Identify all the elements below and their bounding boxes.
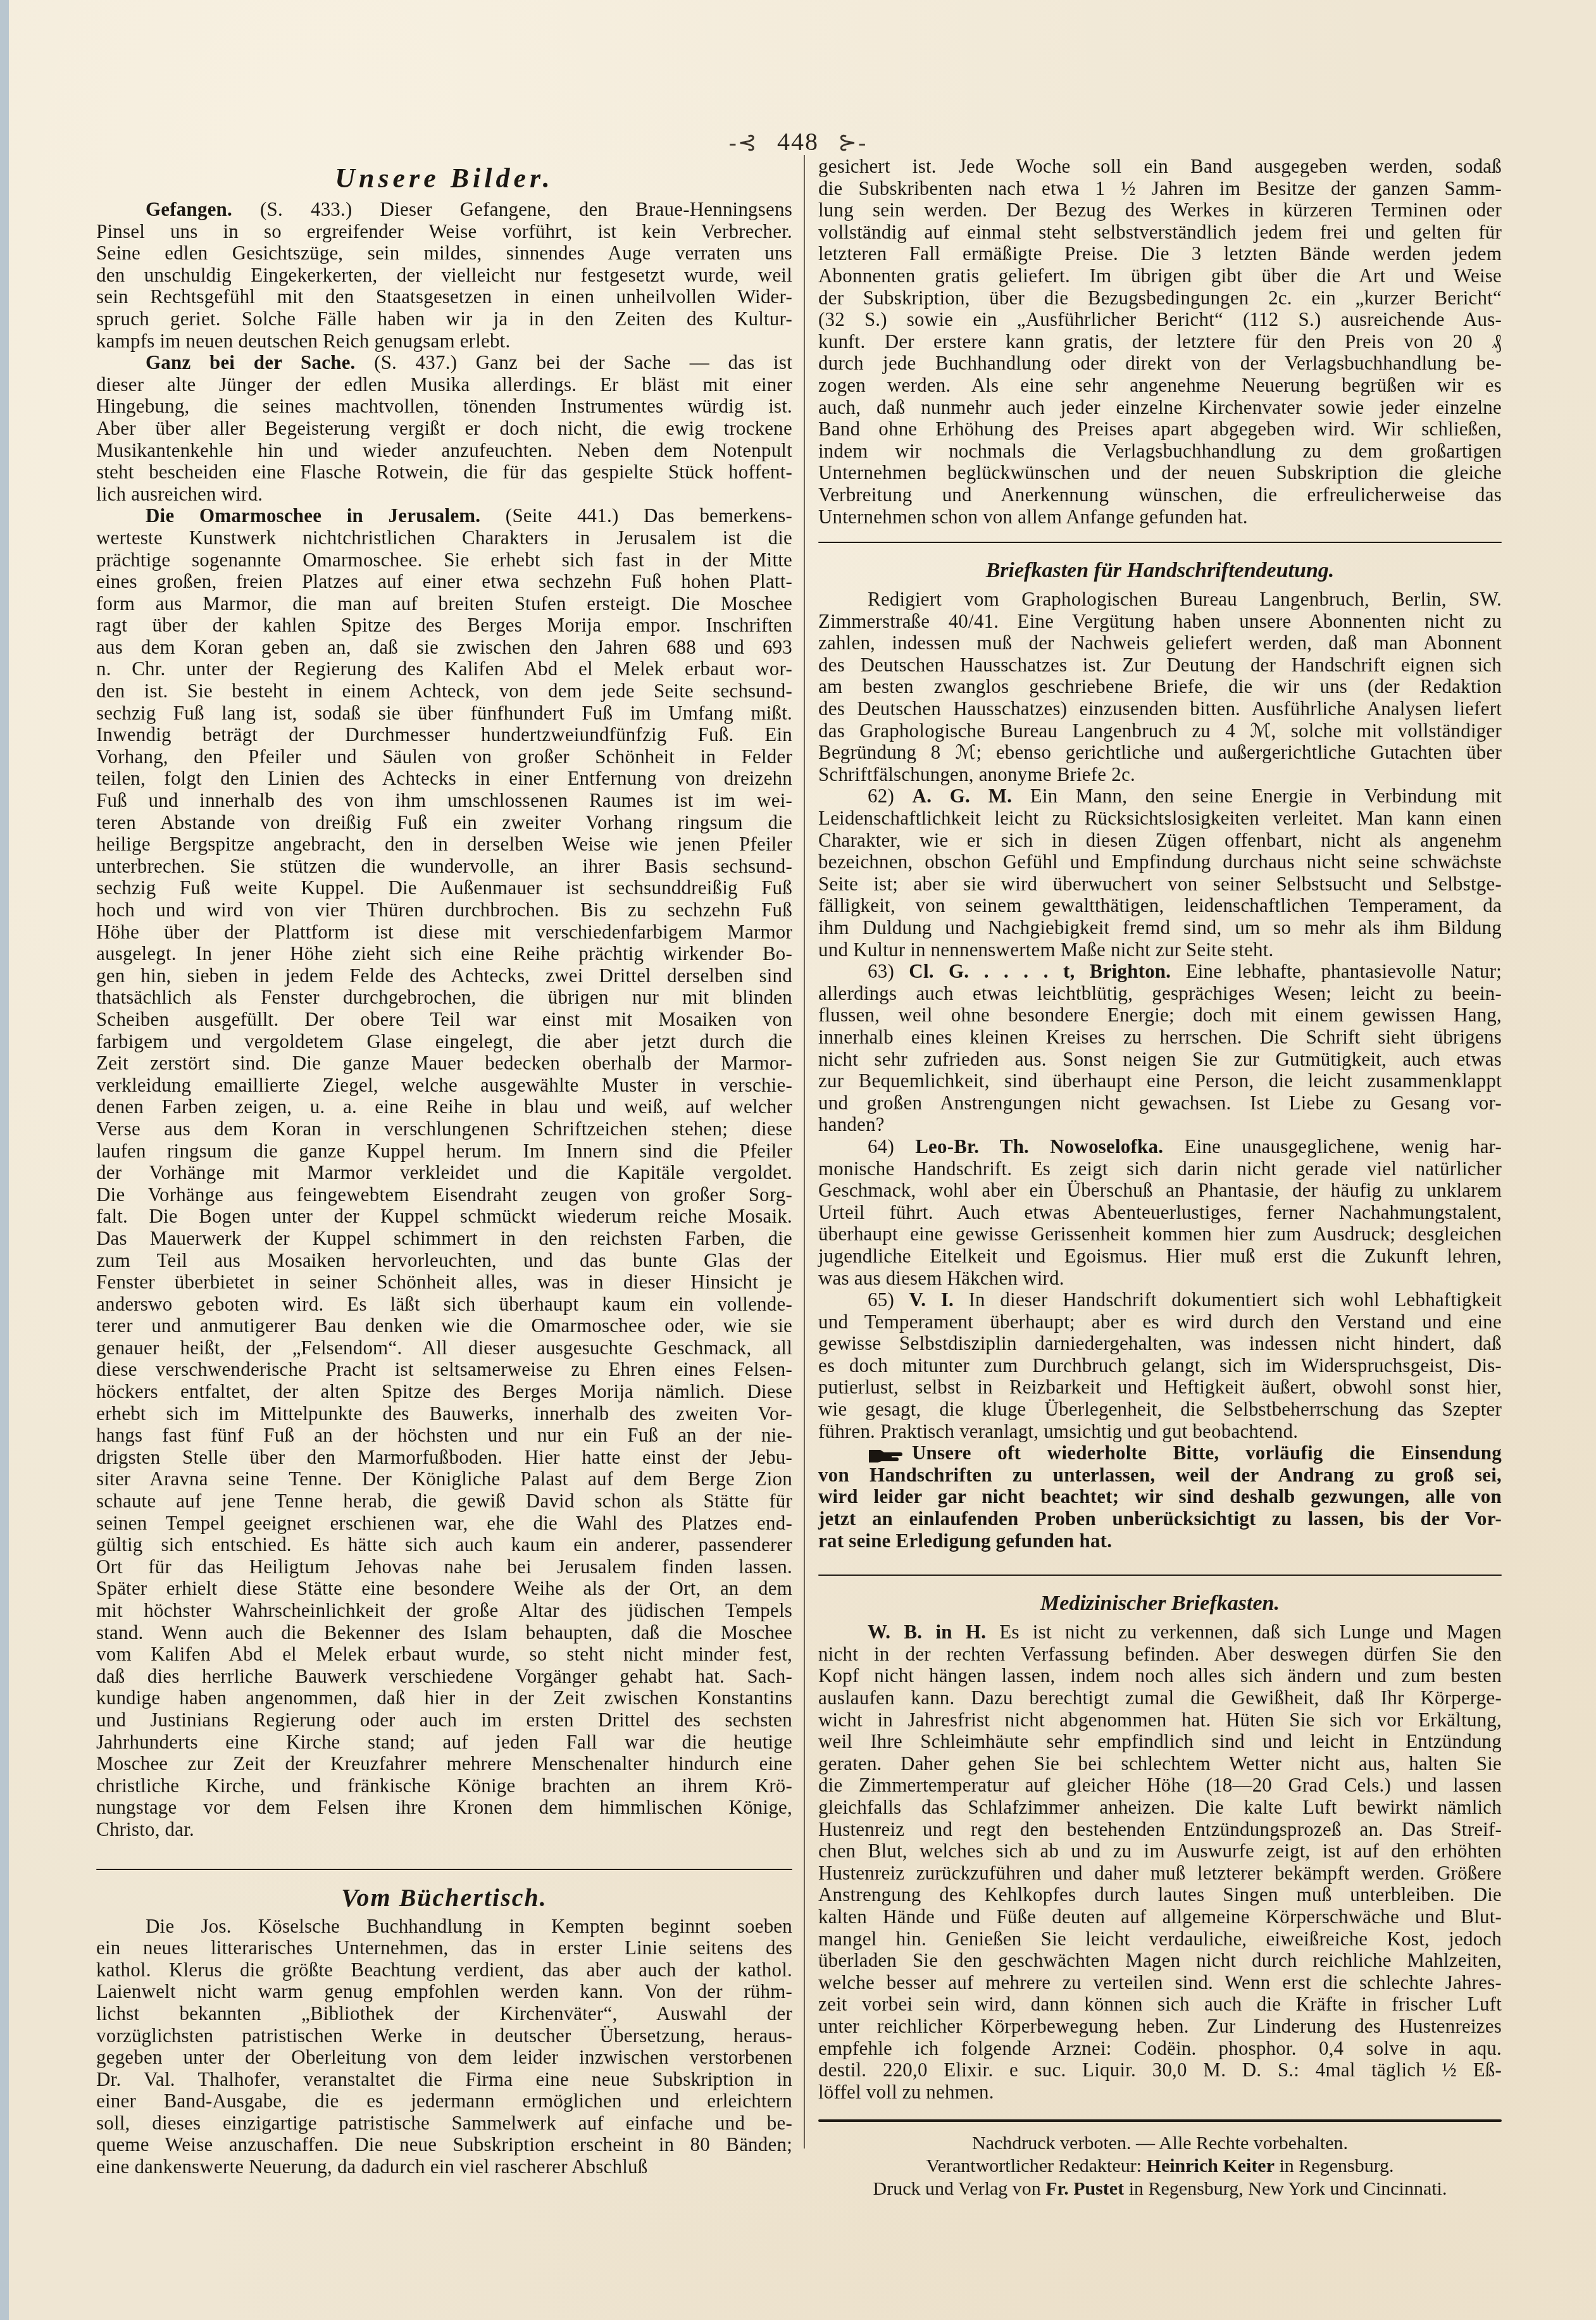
text-line: kundige haben angenommen, daß hier in de… (96, 1687, 792, 1709)
text-line: von Handschriften zu unterlassen, weil d… (818, 1464, 1502, 1487)
editor-name: Heinrich Keiter (1147, 2155, 1275, 2176)
text-line: Vorhang, den Pfeiler und Säulen von groß… (96, 746, 792, 768)
text-line: kalten Hände und Füße deuten auf allgeme… (818, 1906, 1502, 1928)
text-line: und Justinians Regierung oder auch im er… (96, 1709, 792, 1731)
text-line: Fuß und innerhalb des von ihm umschlosse… (96, 790, 792, 812)
line-text: steht bescheiden eine Flasche Rotwein, d… (96, 461, 792, 483)
line-text: gen hin, sieben in jedem Felde des Achte… (96, 964, 792, 987)
page-header: -⊰ 448 ⊱- (0, 127, 1596, 156)
line-text: hoch und wird von vier Thüren durchbroch… (96, 899, 792, 921)
text-line: gegeben unter der Oberleitung von dem le… (96, 2047, 792, 2069)
article-page-ref: (Seite 441.) (506, 504, 644, 527)
text-line: gesichert ist. Jede Woche soll ein Band … (818, 156, 1502, 178)
text-line: Höhe über der Plattform ist diese mit ve… (96, 921, 792, 944)
section-rule (818, 1575, 1502, 1576)
line-text: schaute auf jene Tenne herab, die gewiß … (96, 1490, 792, 1512)
line-text: chen Blut, welches sich ab und zu im Aus… (818, 1840, 1502, 1862)
line-text: geraten. Daher gehen Sie bei schlechtem … (818, 1752, 1502, 1774)
line-text: Seite ist; aber sie wird überwuchert von… (818, 873, 1502, 895)
section-rule (96, 1869, 792, 1870)
text-line: Scheiben ausgefüllt. Der obere Teil war … (96, 1009, 792, 1031)
publisher-prefix: Druck und Verlag von (873, 2178, 1041, 2199)
text-line: jetzt an einlaufenden Proben unberücksic… (818, 1508, 1502, 1530)
editor-suffix: in Regensburg. (1280, 2155, 1394, 2176)
line-text: jetzt an einlaufenden Proben unberücksic… (818, 1507, 1502, 1530)
line-text: der Subskription, über die Bezugsbedingu… (818, 287, 1502, 309)
line-text: Verse aus dem Koran in verschlungenen Sc… (96, 1118, 792, 1140)
text-line: form aus Marmor, die man auf breiten Stu… (96, 593, 792, 615)
line-text: Begründung 8 ℳ; ebenso gerichtliche und … (818, 741, 1502, 763)
text-line: destil. 220,0 Elixir. e suc. Liquir. 30,… (818, 2059, 1502, 2081)
handwriting-entry: 62) A. G. M. Ein Mann, den seine Energie… (818, 785, 1502, 961)
text-line: drigsten Stelle über den Marmorfußboden.… (96, 1447, 792, 1469)
text-line: spruch geriet. Solche Fälle haben wir ja… (96, 308, 792, 330)
text-line: unter reichlicher Körperbewegung heben. … (818, 2016, 1502, 2038)
text-line: Seine edlen Gesichtszüge, sein mildes, s… (96, 242, 792, 265)
line-text: Urteil führt. Auch etwas Abenteuerlustig… (818, 1201, 1502, 1223)
line-text: (32 S.) sowie ein „Ausführlicher Bericht… (818, 308, 1502, 330)
article-title: Gefangen. (146, 198, 260, 220)
line-text: die Subskribenten nach etwa 1 ½ Jahren i… (818, 177, 1502, 199)
text-line: mit höchster Wahrscheinlichkeit der groß… (96, 1600, 792, 1622)
text-line: werteste Kunstwerk nichtchristlichen Cha… (96, 527, 792, 549)
line-text: Jahrhunderts eine Kirche stand; auf jede… (96, 1731, 792, 1753)
line-text: rat seine Erledigung gefunden hat. (818, 1530, 1112, 1552)
text-line: Die Jos. Köselsche Buchhandlung in Kempt… (96, 1916, 792, 1938)
line-text: des Deutschen Hausschatzes ist. Zur Deut… (818, 654, 1502, 676)
line-text: Fuß und innerhalb des von ihm umschlosse… (96, 789, 792, 811)
text-line: überladen Sie den geschwächten Magen nic… (818, 1950, 1502, 1972)
line-text: und großen Anstrengungen nicht gewachsen… (818, 1092, 1502, 1114)
text-line: Anstrengung des Kehlkopfes durch lautes … (818, 1884, 1502, 1906)
footer-rights: Nachdruck verboten. — Alle Rechte vorbeh… (818, 2132, 1502, 2155)
publisher-suffix: in Regensburg, New York und Cincinnati. (1129, 2178, 1447, 2199)
text-line: teilen, folgt den Linien des Achtecks in… (96, 768, 792, 790)
line-text: auch, daß nunmehr auch jeder einzelne Ki… (818, 396, 1502, 418)
line-text: stand. Wenn auch die Bekenner des Islam … (96, 1621, 792, 1643)
text-line: hoch und wird von vier Thüren durchbroch… (96, 899, 792, 921)
line-text: lichst bekannten „Bibliothek der Kirchen… (96, 2002, 792, 2024)
line-text: Ein Mann, den seine Energie in Verbindun… (1030, 785, 1502, 807)
line-text: Scheiben ausgefüllt. Der obere Teil war … (96, 1008, 792, 1030)
text-line: nicht sehr zufrieden aus. Sonst neigen S… (818, 1049, 1502, 1071)
text-line: stand. Wenn auch die Bekenner des Islam … (96, 1622, 792, 1644)
line-text: zogen werden. Als eine sehr angenehme Ne… (818, 374, 1502, 396)
text-line: Redigiert vom Graphologischen Bureau Lan… (818, 589, 1502, 611)
text-line: und großen Anstrengungen nicht gewachsen… (818, 1092, 1502, 1114)
entry-number: 64) (868, 1135, 915, 1157)
line-text: kalten Hände und Füße deuten auf allgeme… (818, 1905, 1502, 1928)
text-line: Urteil führt. Auch etwas Abenteuerlustig… (818, 1202, 1502, 1224)
line-text: unter reichlicher Körperbewegung heben. … (818, 2015, 1502, 2037)
line-text: welche besser auf mehrere zu verteilen s… (818, 1971, 1502, 1993)
line-text: Hustenreiz zurückzuführen und daher muß … (818, 1862, 1502, 1884)
text-line: Später erhielt diese Stätte eine besonde… (96, 1578, 792, 1600)
line-text: monische Handschrift. Es zeigt sich dari… (818, 1157, 1502, 1180)
text-line: Ganz bei der Sache. (S. 437.) Ganz bei d… (96, 352, 792, 374)
line-text: verkleidung emaillierte Ziegel, welche a… (96, 1074, 792, 1096)
text-line: jugendliche Eitelkeit und Egoismus. Hier… (818, 1245, 1502, 1268)
text-line: sechzig Fuß lang ist, sodaß sie über fün… (96, 702, 792, 725)
entry-name: Leo-Br. Th. Nowoselofka. (915, 1135, 1184, 1157)
text-line: hangs fast fünf Fuß an der höchsten und … (96, 1425, 792, 1447)
handwriting-entry: 65) V. I. In dieser Handschrift dokument… (818, 1289, 1502, 1442)
line-text: teren Abstande von dreißig Fuß ein zweit… (96, 811, 792, 833)
editor-prefix: Verantwortlicher Redakteur: (926, 2155, 1142, 2176)
text-line: Laienwelt nicht warm genug empfohlen wer… (96, 1981, 792, 2003)
line-text: Eine unausgeglichene, wenig har- (1184, 1135, 1502, 1157)
text-line: Seite ist; aber sie wird überwuchert von… (818, 873, 1502, 895)
line-text: Zeit zerstört sind. Die ganze Mauer bede… (96, 1052, 792, 1074)
text-line: Leidenschaftlichkeit leicht zu Rücksicht… (818, 808, 1502, 830)
line-text: es doch mitunter zum Durchbruch gelangt,… (818, 1354, 1502, 1376)
section-title-buechertisch: Vom Büchertisch. (96, 1880, 792, 1916)
handwriting-entry: 64) Leo-Br. Th. Nowoselofka. Eine unausg… (818, 1136, 1502, 1289)
entry-name: V. I. (909, 1288, 969, 1311)
text-line: einer Band-Ausgabe, die es jedermann erm… (96, 2090, 792, 2112)
line-text: falt. Die Bogen unter der Kuppel schmück… (96, 1205, 792, 1227)
footer-editor: Verantwortlicher Redakteur: Heinrich Kei… (818, 2155, 1502, 2178)
text-line: seinen Tempel geeignet erschienen war, e… (96, 1512, 792, 1535)
line-text: lung sein werden. Der Bezug des Werkes i… (818, 199, 1502, 221)
text-line: Fenster überbietet in seiner Schönheit a… (96, 1271, 792, 1294)
text-line: Zeit zerstört sind. Die ganze Mauer bede… (96, 1052, 792, 1075)
text-line: geraten. Daher gehen Sie bei schlechtem … (818, 1753, 1502, 1775)
article-title: Ganz bei der Sache. (146, 351, 374, 373)
line-text: kunft. Der erstere kann gratis, der letz… (818, 330, 1502, 352)
line-text: nungstage vor dem Felsen ihre Kronen dem… (96, 1796, 792, 1818)
text-line: des Deutschen Hausschatzes) einzusenden … (818, 698, 1502, 720)
pointing-hand-icon (868, 1447, 906, 1463)
line-text: führen. Praktisch veranlagt, umsichtig u… (818, 1420, 1298, 1442)
text-line: Verse aus dem Koran in verschlungenen Sc… (96, 1118, 792, 1140)
handschrift-entries: 62) A. G. M. Ein Mann, den seine Energie… (818, 785, 1502, 1442)
line-text: zur Bequemlichkeit, sind überhaupt eine … (818, 1070, 1502, 1092)
text-line: lung sein werden. Der Bezug des Werkes i… (818, 199, 1502, 221)
line-text: eines großen, freien Platzes auf einer e… (96, 570, 792, 592)
line-text: Musikantenkehle hin und wieder anzufeuch… (96, 439, 792, 461)
text-line: empfehle ich folgende Arznei: Codëin. ph… (818, 2038, 1502, 2060)
line-text: nicht sehr zufrieden aus. Sonst neigen S… (818, 1048, 1502, 1070)
medizin-text: W. B. in H. Es ist nicht zu verkennen, d… (818, 1621, 1502, 2103)
line-text: Hingebung, die seines machtvollen, tönen… (96, 395, 792, 417)
line-text: siter Aravna seine Tenne. Der Königliche… (96, 1468, 792, 1490)
line-text: das Graphologische Bureau Langenbruch zu… (818, 720, 1502, 742)
text-line: Musikantenkehle hin und wieder anzufeuch… (96, 440, 792, 462)
text-line: teren Abstande von dreißig Fuß ein zweit… (96, 812, 792, 834)
text-line: chen Blut, welches sich ab und zu im Aus… (818, 1840, 1502, 1862)
line-text: und Justinians Regierung oder auch im er… (96, 1709, 792, 1731)
line-text: auslaufen kann. Dazu berechtigt zumal di… (818, 1687, 1502, 1709)
entry-number: 63) (868, 960, 909, 982)
line-text: Fenster überbietet in seiner Schönheit a… (96, 1271, 792, 1293)
text-line: innerhalb eines kleinen Kreises zu herrs… (818, 1026, 1502, 1049)
line-text: durch jede Buchhandlung oder direkt von … (818, 352, 1502, 374)
line-text: anderswo geboten wird. Es läßt sich über… (96, 1293, 792, 1315)
text-line: anderswo geboten wird. Es läßt sich über… (96, 1294, 792, 1316)
line-text: Die Jos. Köselsche Buchhandlung in Kempt… (146, 1915, 792, 1937)
line-text: des Deutschen Hausschatzes) einzusenden … (818, 697, 1502, 720)
text-line: erhebt sich im Mittelpunkte des Bauwerks… (96, 1403, 792, 1425)
line-text: laufen ringsum die ganze Kuppel herum. I… (96, 1140, 792, 1162)
line-text: diese verschwenderische Pracht ist selts… (96, 1358, 792, 1380)
line-text: Die Vorhänge aus feingewebtem Eisendraht… (96, 1183, 792, 1206)
line-text: queme Weise anzuschaffen. Die neue Subsk… (96, 2133, 792, 2155)
line-text: handen? (818, 1113, 885, 1135)
text-line: bezeichnen, obschon Gefühl und Empfindun… (818, 851, 1502, 873)
text-line: rat seine Erledigung gefunden hat. (818, 1530, 1502, 1552)
line-text: gegeben unter der Oberleitung von dem le… (96, 2046, 792, 2068)
text-line: queme Weise anzuschaffen. Die neue Subsk… (96, 2134, 792, 2156)
text-line: Pinsel uns in so ergreifender Weise vorf… (96, 221, 792, 243)
text-line: wicht in Jahresfrist nicht abgenommen ha… (818, 1709, 1502, 1731)
line-text: denen Farben zeigen, u. a. eine Reihe in… (96, 1095, 792, 1118)
footer-rule (818, 2119, 1502, 2122)
text-line: mangel hin. Genießen Sie leicht verdauli… (818, 1928, 1502, 1950)
line-text: vollständig auf einmal steht selbstverst… (818, 221, 1502, 243)
line-text: zeit vorbei sein wird, dann können sich … (818, 1993, 1502, 2015)
text-line: und Temperament überhaupt; aber es wird … (818, 1311, 1502, 1333)
text-line: kathol. Klerus die größte Beachtung verd… (96, 1959, 792, 1981)
page-number: 448 (777, 127, 819, 156)
line-text: wird leider gar nicht beachtet; wir sind… (818, 1485, 1502, 1507)
line-text: Schriftfälschungen, anonyme Briefe 2c. (818, 763, 1135, 785)
text-line: aus dem Koran geben an, daß sie zwischen… (96, 637, 792, 659)
text-line: lich ausreichen wird. (96, 483, 792, 506)
right-column: gesichert ist. Jede Woche soll ein Band … (818, 156, 1502, 2200)
line-text: sechzig Fuß lang ist, sodaß sie über fün… (96, 702, 792, 724)
text-line: vorzüglichsten patristischen Werke in de… (96, 2025, 792, 2047)
line-text: letzteren Fall ermäßigte Preise. Die 3 l… (818, 242, 1502, 265)
text-line: Schriftfälschungen, anonyme Briefe 2c. (818, 764, 1502, 786)
line-text: terer und anmutigerer Bau denken wie die… (96, 1314, 792, 1337)
text-line: zum Teil aus Mosaiken hervorleuchten, un… (96, 1250, 792, 1272)
line-text: weil Ihre Schleimhäute sehr empfindlich … (818, 1730, 1502, 1752)
text-line: falt. Die Bogen unter der Kuppel schmück… (96, 1206, 792, 1228)
line-text: Seine edlen Gesichtszüge, sein mildes, s… (96, 242, 792, 264)
line-text: form aus Marmor, die man auf breiten Stu… (96, 592, 792, 614)
text-line: des Deutschen Hausschatzes ist. Zur Deut… (818, 654, 1502, 677)
article-page-ref: (S. 433.) (260, 198, 380, 220)
line-text: und Temperament überhaupt; aber es wird … (818, 1311, 1502, 1333)
text-line: lichst bekannten „Bibliothek der Kirchen… (96, 2003, 792, 2025)
medical-recipient: W. B. in H. (868, 1621, 999, 1643)
line-text: destil. 220,0 Elixir. e suc. Liquir. 30,… (818, 2059, 1502, 2081)
handschrift-intro: Redigiert vom Graphologischen Bureau Lan… (818, 589, 1502, 785)
text-line: Unternehmen schon von allem Anfange gefu… (818, 506, 1502, 528)
text-line: Das Mauerwerk der Kuppel schimmert in de… (96, 1228, 792, 1250)
line-text: fälligkeit, von seinem gewaltthätigen, l… (818, 894, 1502, 916)
line-text: höckers entfaltet, der alten Spitze des … (96, 1380, 792, 1402)
text-line: schaute auf jene Tenne herab, die gewiß … (96, 1490, 792, 1512)
line-text: Verbreitung und Anerkennung wünschen, di… (818, 483, 1502, 506)
text-line: und Kultur in nennenswertem Maße nicht z… (818, 939, 1502, 961)
line-text: Vorhang, den Pfeiler und Säulen von groß… (96, 745, 792, 768)
text-line: zogen werden. Als eine sehr angenehme Ne… (818, 375, 1502, 397)
text-line: führen. Praktisch veranlagt, umsichtig u… (818, 1421, 1502, 1443)
line-text: erhebt sich im Mittelpunkte des Bauwerks… (96, 1402, 792, 1425)
text-line: farbigem und vergoldetem Glase eingelegt… (96, 1031, 792, 1053)
text-line: überhaupt eine gewisse Gerissenheit komm… (818, 1223, 1502, 1245)
text-line: die Subskribenten nach etwa 1 ½ Jahren i… (818, 178, 1502, 200)
text-line: gen hin, sieben in jedem Felde des Achte… (96, 965, 792, 987)
entry-number: 65) (868, 1288, 909, 1311)
entry-name: Cl. G. . . . . t, Brighton. (909, 960, 1185, 982)
line-text: aus dem Koran geben an, daß sie zwischen… (96, 636, 792, 658)
text-line: prächtige sogenannte Omarmoschee. Sie er… (96, 549, 792, 571)
line-text: Redigiert vom Graphologischen Bureau Lan… (868, 588, 1502, 610)
text-line: allerdings auch etwas leichtblütig, gesp… (818, 983, 1502, 1005)
line-text: Höhe über der Plattform ist diese mit ve… (96, 921, 792, 943)
section-rule (818, 542, 1502, 543)
line-text: Inwendig beträgt der Durchmesser hundert… (96, 723, 792, 745)
publisher-name: Fr. Pustet (1045, 2178, 1124, 2199)
line-text: den unschuldig Eingekerkerten, der viell… (96, 264, 792, 286)
text-line: welche besser auf mehrere zu verteilen s… (818, 1972, 1502, 1994)
line-text: überhaupt eine gewisse Gerissenheit komm… (818, 1223, 1502, 1245)
line-text: kampfs im neuen deutschen Reich genugsam… (96, 330, 510, 352)
line-text: wie gesagt, die kluge Überlegenheit, die… (818, 1398, 1502, 1420)
text-line: 62) A. G. M. Ein Mann, den seine Energie… (818, 785, 1502, 808)
line-text: Laienwelt nicht warm genug empfohlen wer… (96, 1980, 792, 2002)
line-text: gewisse Selbstdisziplin darniedergehalte… (818, 1332, 1502, 1354)
line-text: lich ausreichen wird. (96, 483, 263, 505)
text-line: nungstage vor dem Felsen ihre Kronen dem… (96, 1797, 792, 1819)
line-text: Unternehmen beglückwünschen und der neue… (818, 461, 1502, 483)
text-line: nicht in der rechten Verfassung befinden… (818, 1643, 1502, 1666)
line-text: der Vorhänge mit Marmor verkleidet und d… (96, 1161, 792, 1183)
line-text: Dr. Val. Thalhofer, veranstaltet die Fir… (96, 2068, 792, 2090)
line-text: sein Rechtsgefühl mit den Staatsgesetzen… (96, 285, 792, 308)
line-text: mit höchster Wahrscheinlichkeit der groß… (96, 1599, 792, 1621)
text-line: vollständig auf einmal steht selbstverst… (818, 221, 1502, 244)
line-text: soll, dieses einzigartige patristische S… (96, 2112, 792, 2134)
line-text: Band ohne Erhöhung des Preises apart abg… (818, 418, 1502, 440)
text-line: gleichfalls das Schlafzimmer anheizen. D… (818, 1797, 1502, 1819)
line-text: Moschee zur Zeit der Kreuzfahrer mehrere… (96, 1752, 792, 1774)
text-line: zeit vorbei sein wird, dann können sich … (818, 1993, 1502, 2016)
text-line: wie gesagt, die kluge Überlegenheit, die… (818, 1399, 1502, 1421)
article: Ganz bei der Sache. (S. 437.) Ganz bei d… (96, 352, 792, 505)
text-line: es doch mitunter zum Durchbruch gelangt,… (818, 1355, 1502, 1377)
line-text: ausgelegt. In jener Höhe zieht sich eine… (96, 942, 792, 964)
line-text: thatsächlich als Fenster durchgebrochen,… (96, 986, 792, 1008)
line-text: christliche Kirche, und fränkische König… (96, 1774, 792, 1797)
text-line: vom Kalifen Abd el Melek erbaut wurde, s… (96, 1643, 792, 1666)
text-line: 65) V. I. In dieser Handschrift dokument… (818, 1289, 1502, 1311)
article-title: Die Omarmoschee in Jerusalem. (146, 504, 506, 527)
text-line: weil Ihre Schleimhäute sehr empfindlich … (818, 1731, 1502, 1753)
text-line: das Graphologische Bureau Langenbruch zu… (818, 720, 1502, 742)
line-text: von Handschriften zu unterlassen, weil d… (818, 1464, 1502, 1486)
line-text: putierlust, selbst in Reizbarkeit und He… (818, 1376, 1502, 1398)
line-text: bezeichnen, obschon Gefühl und Empfindun… (818, 851, 1502, 873)
text-line: höckers entfaltet, der alten Spitze des … (96, 1381, 792, 1403)
text-line: der Subskription, über die Bezugsbedingu… (818, 287, 1502, 309)
text-line: indem wir nochmals die Verlagsbuchhandlu… (818, 440, 1502, 463)
line-text: n. Chr. unter der Regierung des Kalifen … (96, 658, 792, 680)
text-line: flussen, weil ohne besondere Energie; do… (818, 1004, 1502, 1026)
text-line: eine dankenswerte Neuerung, da dadurch e… (96, 2156, 792, 2178)
text-line: sechzig Fuß weite Kuppel. Die Außenmauer… (96, 877, 792, 899)
line-text: Charakter, wie er sich in diesen Zügen o… (818, 829, 1502, 851)
text-line: löffel voll zu nehmen. (818, 2081, 1502, 2104)
text-line: denen Farben zeigen, u. a. eine Reihe in… (96, 1096, 792, 1118)
text-line: Inwendig beträgt der Durchmesser hundert… (96, 724, 792, 746)
line-text: Ort für das Heiligtum Jehovas nahe bei J… (96, 1556, 792, 1578)
line-text: Leidenschaftlichkeit leicht zu Rücksicht… (818, 807, 1502, 829)
text-line: sein Rechtsgefühl mit den Staatsgesetzen… (96, 286, 792, 308)
text-line: 64) Leo-Br. Th. Nowoselofka. Eine unausg… (818, 1136, 1502, 1158)
text-line: durch jede Buchhandlung oder direkt von … (818, 352, 1502, 375)
line-text: Das bemerkens- (644, 504, 792, 527)
text-line: dieser alte Jünger der edlen Musika alle… (96, 374, 792, 396)
text-line: Unsere oft wiederholte Bitte, vorläufig … (818, 1442, 1502, 1464)
line-text: werteste Kunstwerk nichtchristlichen Cha… (96, 527, 792, 549)
text-line: Geschmack, wohl aber ein Überschuß an Ph… (818, 1180, 1502, 1202)
text-line: eines großen, freien Platzes auf einer e… (96, 571, 792, 593)
line-text: die Zimmertemperatur auf gleicher Höhe (… (818, 1774, 1502, 1796)
line-text: zahlen, indessen muß der Nachweis gelief… (818, 632, 1502, 654)
text-line: letzteren Fall ermäßigte Preise. Die 3 l… (818, 243, 1502, 265)
line-text: gleichfalls das Schlafzimmer anheizen. D… (818, 1796, 1502, 1818)
line-text: genauer heißt, der „Felsendom“. All dies… (96, 1337, 792, 1359)
line-text: am besten zwanglos geschriebene Briefe, … (818, 675, 1502, 697)
entry-number: 62) (868, 785, 913, 807)
handwriting-entry: 63) Cl. G. . . . . t, Brighton. Eine leb… (818, 961, 1502, 1136)
line-text: sechzig Fuß weite Kuppel. Die Außenmauer… (96, 876, 792, 899)
buechertisch-text: Die Jos. Köselsche Buchhandlung in Kempt… (96, 1916, 792, 2178)
text-line: auslaufen kann. Dazu berechtigt zumal di… (818, 1687, 1502, 1709)
handschrift-notice: Unsere oft wiederholte Bitte, vorläufig … (818, 1442, 1502, 1552)
line-text: flussen, weil ohne besondere Energie; do… (818, 1004, 1502, 1026)
text-line: verkleidung emaillierte Ziegel, welche a… (96, 1075, 792, 1097)
text-line: fälligkeit, von seinem gewaltthätigen, l… (818, 895, 1502, 917)
line-text: überladen Sie den geschwächten Magen nic… (818, 1949, 1502, 1971)
article: Die Omarmoschee in Jerusalem. (Seite 441… (96, 505, 792, 1840)
line-text: vom Kalifen Abd el Melek erbaut wurde, s… (96, 1643, 792, 1665)
text-line: den unschuldig Eingekerkerten, der viell… (96, 265, 792, 287)
text-line: Ort für das Heiligtum Jehovas nahe bei J… (96, 1556, 792, 1578)
text-line: gewisse Selbstdisziplin darniedergehalte… (818, 1333, 1502, 1355)
line-text: farbigem und vergoldetem Glase eingelegt… (96, 1030, 792, 1052)
line-text: löffel voll zu nehmen. (818, 2081, 994, 2103)
text-line: kunft. Der erstere kann gratis, der letz… (818, 331, 1502, 353)
text-line: diese verschwenderische Pracht ist selts… (96, 1359, 792, 1381)
text-line: der Vorhänge mit Marmor verkleidet und d… (96, 1162, 792, 1184)
text-line: Die Omarmoschee in Jerusalem. (Seite 441… (96, 505, 792, 527)
text-line: auch, daß nunmehr auch jeder einzelne Ki… (818, 397, 1502, 419)
line-text: ragt über der kahlen Spitze des Berges M… (96, 614, 792, 636)
line-text: drigsten Stelle über den Marmorfußboden.… (96, 1446, 792, 1468)
text-line: am besten zwanglos geschriebene Briefe, … (818, 676, 1502, 698)
line-text: Ganz bei der Sache — das ist (476, 351, 792, 373)
line-text: Kopf nicht hängen lassen, indem noch all… (818, 1664, 1502, 1687)
text-line: Moschee zur Zeit der Kreuzfahrer mehrere… (96, 1753, 792, 1775)
text-line: Die Vorhänge aus feingewebtem Eisendraht… (96, 1184, 792, 1206)
section-title-unsere-bilder: Unsere Bilder. (96, 158, 792, 199)
article: Gefangen. (S. 433.) Dieser Gefangene, de… (96, 199, 792, 352)
text-line: siter Aravna seine Tenne. Der Königliche… (96, 1468, 792, 1490)
left-column: Unsere Bilder. Gefangen. (S. 433.) Diese… (96, 158, 792, 2178)
text-line: ein neues litterarisches Unternehmen, da… (96, 1937, 792, 1959)
text-line: unterbrechen. Sie stützen die wundervoll… (96, 856, 792, 878)
line-text: was aus diesem Häkchen wird. (818, 1267, 1064, 1289)
text-line: heilige Bergspitze angebracht, den in de… (96, 833, 792, 856)
text-line: ragt über der kahlen Spitze des Berges M… (96, 614, 792, 637)
line-text: Aber über aller Begeisterung vergißt er … (96, 417, 792, 439)
text-line: putierlust, selbst in Reizbarkeit und He… (818, 1376, 1502, 1399)
